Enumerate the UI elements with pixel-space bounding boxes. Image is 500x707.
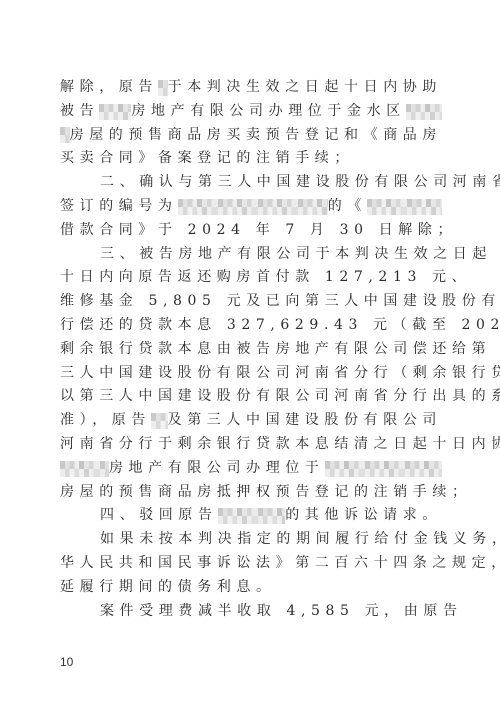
text-line: 解除，原告于本判决生效之日起十日内协助 — [60, 76, 442, 100]
text-segment: 十日内向原告 — [60, 266, 178, 290]
redaction-block — [367, 199, 442, 215]
text-segment: 二、确认 — [100, 171, 178, 195]
text-segment: 维修基金 5,805 元及已向第三人中国建设股份有限公司河南省分 — [60, 290, 500, 314]
text-line: 买卖合同》备案登记的注销手续； — [60, 147, 442, 171]
text-line: 二、确认与第三人中国建设股份有限公司河南省分行 — [60, 171, 442, 195]
text-line: 签订的编号为的《 — [60, 195, 442, 219]
text-segment: 延履行期间的债务利息。 — [60, 576, 276, 600]
text-line: 维修基金 5,805 元及已向第三人中国建设股份有限公司河南省分 — [60, 290, 442, 314]
text-line: 十日内向原告返还购房首付款 127,213 元、 — [60, 266, 442, 290]
text-segment: 买卖合同》备案登记的注销手续； — [60, 147, 354, 171]
text-segment: 案件受理费减半收取 4,585 元，由原告 — [100, 600, 463, 624]
text-segment: 与第三人中国建设股份有限公司河南省分行 — [178, 171, 500, 195]
text-segment: 华人民共和国民事诉讼法》第二百六十四条之规定，加倍支付迟 — [60, 552, 500, 576]
text-line: 房屋的预售商品房买卖预告登记和《商品房 — [60, 124, 442, 148]
text-line: 三、被告房地产有限公司于本判决生效之日起 — [60, 243, 442, 267]
text-segment: 三、被告 — [100, 243, 178, 267]
text-segment: 河南省分行于剩余银行贷款本息结清之日起十日内协助被告 — [60, 433, 500, 457]
text-segment: 被告 — [60, 100, 99, 124]
redaction-block — [158, 80, 168, 96]
redaction-block — [178, 199, 328, 215]
text-segment: 房屋的预售商品房买卖预告登记和《商品房 — [70, 124, 442, 148]
text-segment: 三人中国建设股份有限公司河南省分行（剩余银行贷款本息数额 — [60, 362, 500, 386]
text-segment: 签订的编号为 — [60, 195, 178, 219]
text-line: 河南省分行于剩余银行贷款本息结清之日起十日内协助被告 — [60, 433, 442, 457]
text-line: 华人民共和国民事诉讼法》第二百六十四条之规定，加倍支付迟 — [60, 552, 442, 576]
text-line: 被告房地产有限公司办理位于金水区 — [60, 100, 442, 124]
text-segment: 借款合同》于 2024 年 7 月 30 日解除； — [60, 219, 457, 243]
text-line: 三人中国建设股份有限公司河南省分行（剩余银行贷款本息数额 — [60, 362, 442, 386]
judgment-body: 解除，原告于本判决生效之日起十日内协助被告房地产有限公司办理位于金水区房屋的预售… — [60, 76, 442, 623]
redaction-block — [325, 461, 442, 477]
text-line: 房屋的预售商品房抵押权预告登记的注销手续； — [60, 481, 442, 505]
text-segment: 以第三人中国建设股份有限公司河南省分行出具的系统数据为 — [60, 385, 500, 409]
text-segment: 的《 — [328, 195, 367, 219]
text-segment: 返还购房首付款 127,213 元、 — [178, 266, 472, 290]
text-segment: 房地产有限公司于本判决生效之日起 — [178, 243, 492, 267]
text-line: 借款合同》于 2024 年 7 月 30 日解除； — [60, 219, 442, 243]
redaction-block — [218, 508, 286, 524]
text-segment: 准），原告 — [60, 409, 151, 433]
text-line: 房地产有限公司办理位于 — [60, 457, 442, 481]
text-line: 四、驳回原告的其他诉讼请求。 — [60, 504, 442, 528]
redaction-block — [151, 413, 168, 429]
redaction-block — [60, 461, 109, 477]
text-segment: 房地产有限公司办理位于金水区 — [131, 100, 405, 124]
text-line: 延履行期间的债务利息。 — [60, 576, 442, 600]
text-segment: 解除，原告 — [60, 76, 158, 100]
text-segment: 如果未按本判决指定的期间履行给付金钱义务，应当按照《中 — [100, 528, 500, 552]
page-number: 10 — [60, 655, 73, 669]
redaction-block — [99, 104, 131, 120]
text-segment: 剩余银行贷款本息由被告 — [60, 338, 276, 362]
text-line: 剩余银行贷款本息由被告房地产有限公司偿还给第 — [60, 338, 442, 362]
text-segment: 房屋的预售商品房抵押权预告登记的注销手续； — [60, 481, 472, 505]
text-line: 准），原告及第三人中国建设股份有限公司 — [60, 409, 442, 433]
text-line: 如果未按本判决指定的期间履行给付金钱义务，应当按照《中 — [60, 528, 442, 552]
text-segment: 及第三人中国建设股份有限公司 — [168, 409, 442, 433]
text-line: 行偿还的贷款本息 327,629.43 元（截至 2024 年 10 月 18 … — [60, 314, 442, 338]
document-page: 解除，原告于本判决生效之日起十日内协助被告房地产有限公司办理位于金水区房屋的预售… — [0, 0, 500, 707]
text-segment: 四、驳回原告 — [100, 504, 218, 528]
text-line: 以第三人中国建设股份有限公司河南省分行出具的系统数据为 — [60, 385, 442, 409]
redaction-block — [60, 127, 70, 143]
text-line: 案件受理费减半收取 4,585 元，由原告 — [60, 600, 442, 624]
text-segment: 于本判决生效之日起十日内协助 — [168, 76, 442, 100]
text-segment: 行偿还的贷款本息 327,629.43 元（截至 2024 年 10 月 18 … — [60, 314, 500, 338]
text-segment: 房地产有限公司办理位于 — [109, 457, 325, 481]
text-segment: 的其他诉讼请求。 — [285, 504, 442, 528]
text-segment: 房地产有限公司偿还给第 — [276, 338, 492, 362]
redaction-block — [406, 104, 442, 120]
